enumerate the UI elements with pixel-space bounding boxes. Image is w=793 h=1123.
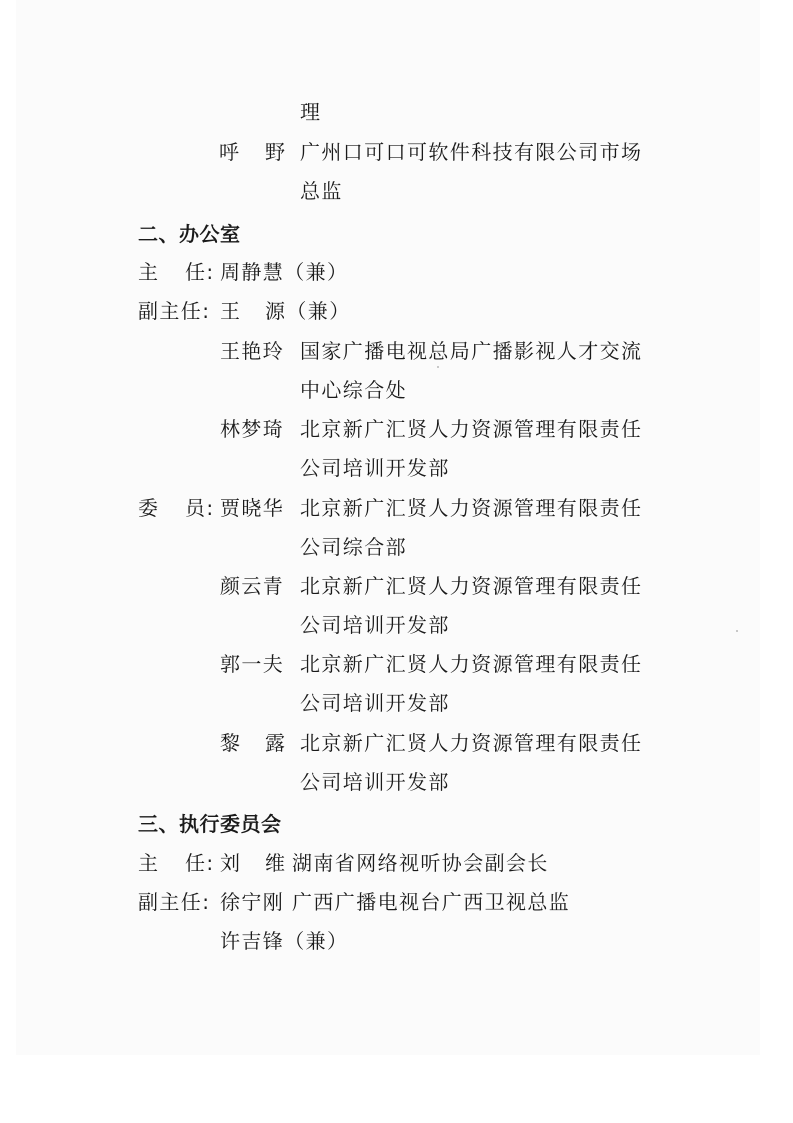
person-name-part: 王 [220, 298, 241, 324]
continuation-text: 理 [300, 99, 321, 125]
person-name: 徐宁刚 [220, 889, 284, 915]
text: 中心综合处 [300, 378, 407, 402]
text: 理 [300, 100, 321, 124]
person-name: 郭一夫 [220, 651, 284, 677]
role-label-part: 主 [138, 850, 159, 876]
person-name-part: 刘 [220, 850, 241, 876]
text: 二、办公室 [138, 222, 241, 246]
role-label-part: 任: [185, 850, 215, 876]
text: 公司培训开发部 [300, 456, 450, 480]
person-name: 王艳玲 [220, 338, 284, 364]
person-name-part: 源（兼） [265, 298, 351, 324]
role-label-part: 任: [185, 259, 215, 285]
person-name-part: 呼 [219, 139, 240, 165]
organization-continued: 公司培训开发部 [300, 690, 450, 716]
organization-continued: 公司培训开发部 [300, 612, 450, 638]
organization: 国家广播电视总局广播影视人才交流 [300, 338, 642, 364]
deputy-entry: 林梦琦 北京新广汇贤人力资源管理有限责任 [0, 416, 793, 442]
organization-continued: 总监 [300, 178, 343, 204]
text: 公司培训开发部 [300, 613, 450, 637]
section-heading: 三、执行委员会 [138, 811, 282, 837]
organization: 北京新广汇贤人力资源管理有限责任 [300, 730, 642, 756]
member-entry: 黎 露 北京新广汇贤人力资源管理有限责任 [0, 730, 793, 756]
deputy-entry: 许吉锋（兼） [220, 928, 348, 954]
scan-speck [437, 366, 439, 368]
member-entry: 委 员: 贾晓华 北京新广汇贤人力资源管理有限责任 [0, 495, 793, 521]
role-label: 副主任: [138, 298, 210, 324]
text: 公司培训开发部 [300, 691, 450, 715]
text: 公司综合部 [300, 535, 407, 559]
person-name-part: 维 [265, 850, 286, 876]
organization-continued: 公司综合部 [300, 534, 407, 560]
director-row: 主 任: 刘 维 湖南省网络视听协会副会长 [0, 850, 793, 876]
organization: 北京新广汇贤人力资源管理有限责任 [300, 495, 642, 521]
section-heading: 二、办公室 [138, 221, 241, 247]
director-row: 主 任: 周静慧（兼） [0, 259, 793, 285]
text: 总监 [300, 179, 343, 203]
person-name-part: 野 [265, 139, 286, 165]
organization-continued: 公司培训开发部 [300, 455, 450, 481]
entry-huye: 呼 野 广州口可口可软件科技有限公司市场 [0, 139, 793, 165]
text: 公司培训开发部 [300, 770, 450, 794]
person-name: 林梦琦 [220, 416, 284, 442]
organization: 湖南省网络视听协会副会长 [292, 850, 549, 876]
person-name: 许吉锋（兼） [220, 929, 348, 953]
text: 三、执行委员会 [138, 812, 282, 836]
scan-speck [736, 630, 738, 632]
organization: 北京新广汇贤人力资源管理有限责任 [300, 651, 642, 677]
organization: 北京新广汇贤人力资源管理有限责任 [300, 573, 642, 599]
deputy-director-row: 副主任: 王 源（兼） [0, 298, 793, 324]
person-name: 颜云青 [220, 573, 284, 599]
organization: 北京新广汇贤人力资源管理有限责任 [300, 416, 642, 442]
role-label-part: 员: [185, 495, 215, 521]
role-label-part: 委 [138, 495, 159, 521]
person-name: 周静慧（兼） [220, 259, 348, 285]
deputy-entry: 王艳玲 国家广播电视总局广播影视人才交流 [0, 338, 793, 364]
organization-continued: 中心综合处 [300, 377, 407, 403]
member-entry: 郭一夫 北京新广汇贤人力资源管理有限责任 [0, 651, 793, 677]
member-entry: 颜云青 北京新广汇贤人力资源管理有限责任 [0, 573, 793, 599]
role-label-part: 主 [138, 259, 159, 285]
deputy-director-row: 副主任: 徐宁刚 广西广播电视台广西卫视总监 [0, 889, 793, 915]
organization: 广州口可口可软件科技有限公司市场 [300, 139, 642, 165]
person-name-part: 露 [265, 730, 286, 756]
organization-continued: 公司培训开发部 [300, 769, 450, 795]
person-name-part: 黎 [220, 730, 241, 756]
person-name: 贾晓华 [220, 495, 284, 521]
organization: 广西广播电视台广西卫视总监 [292, 889, 570, 915]
role-label: 副主任: [138, 889, 210, 915]
